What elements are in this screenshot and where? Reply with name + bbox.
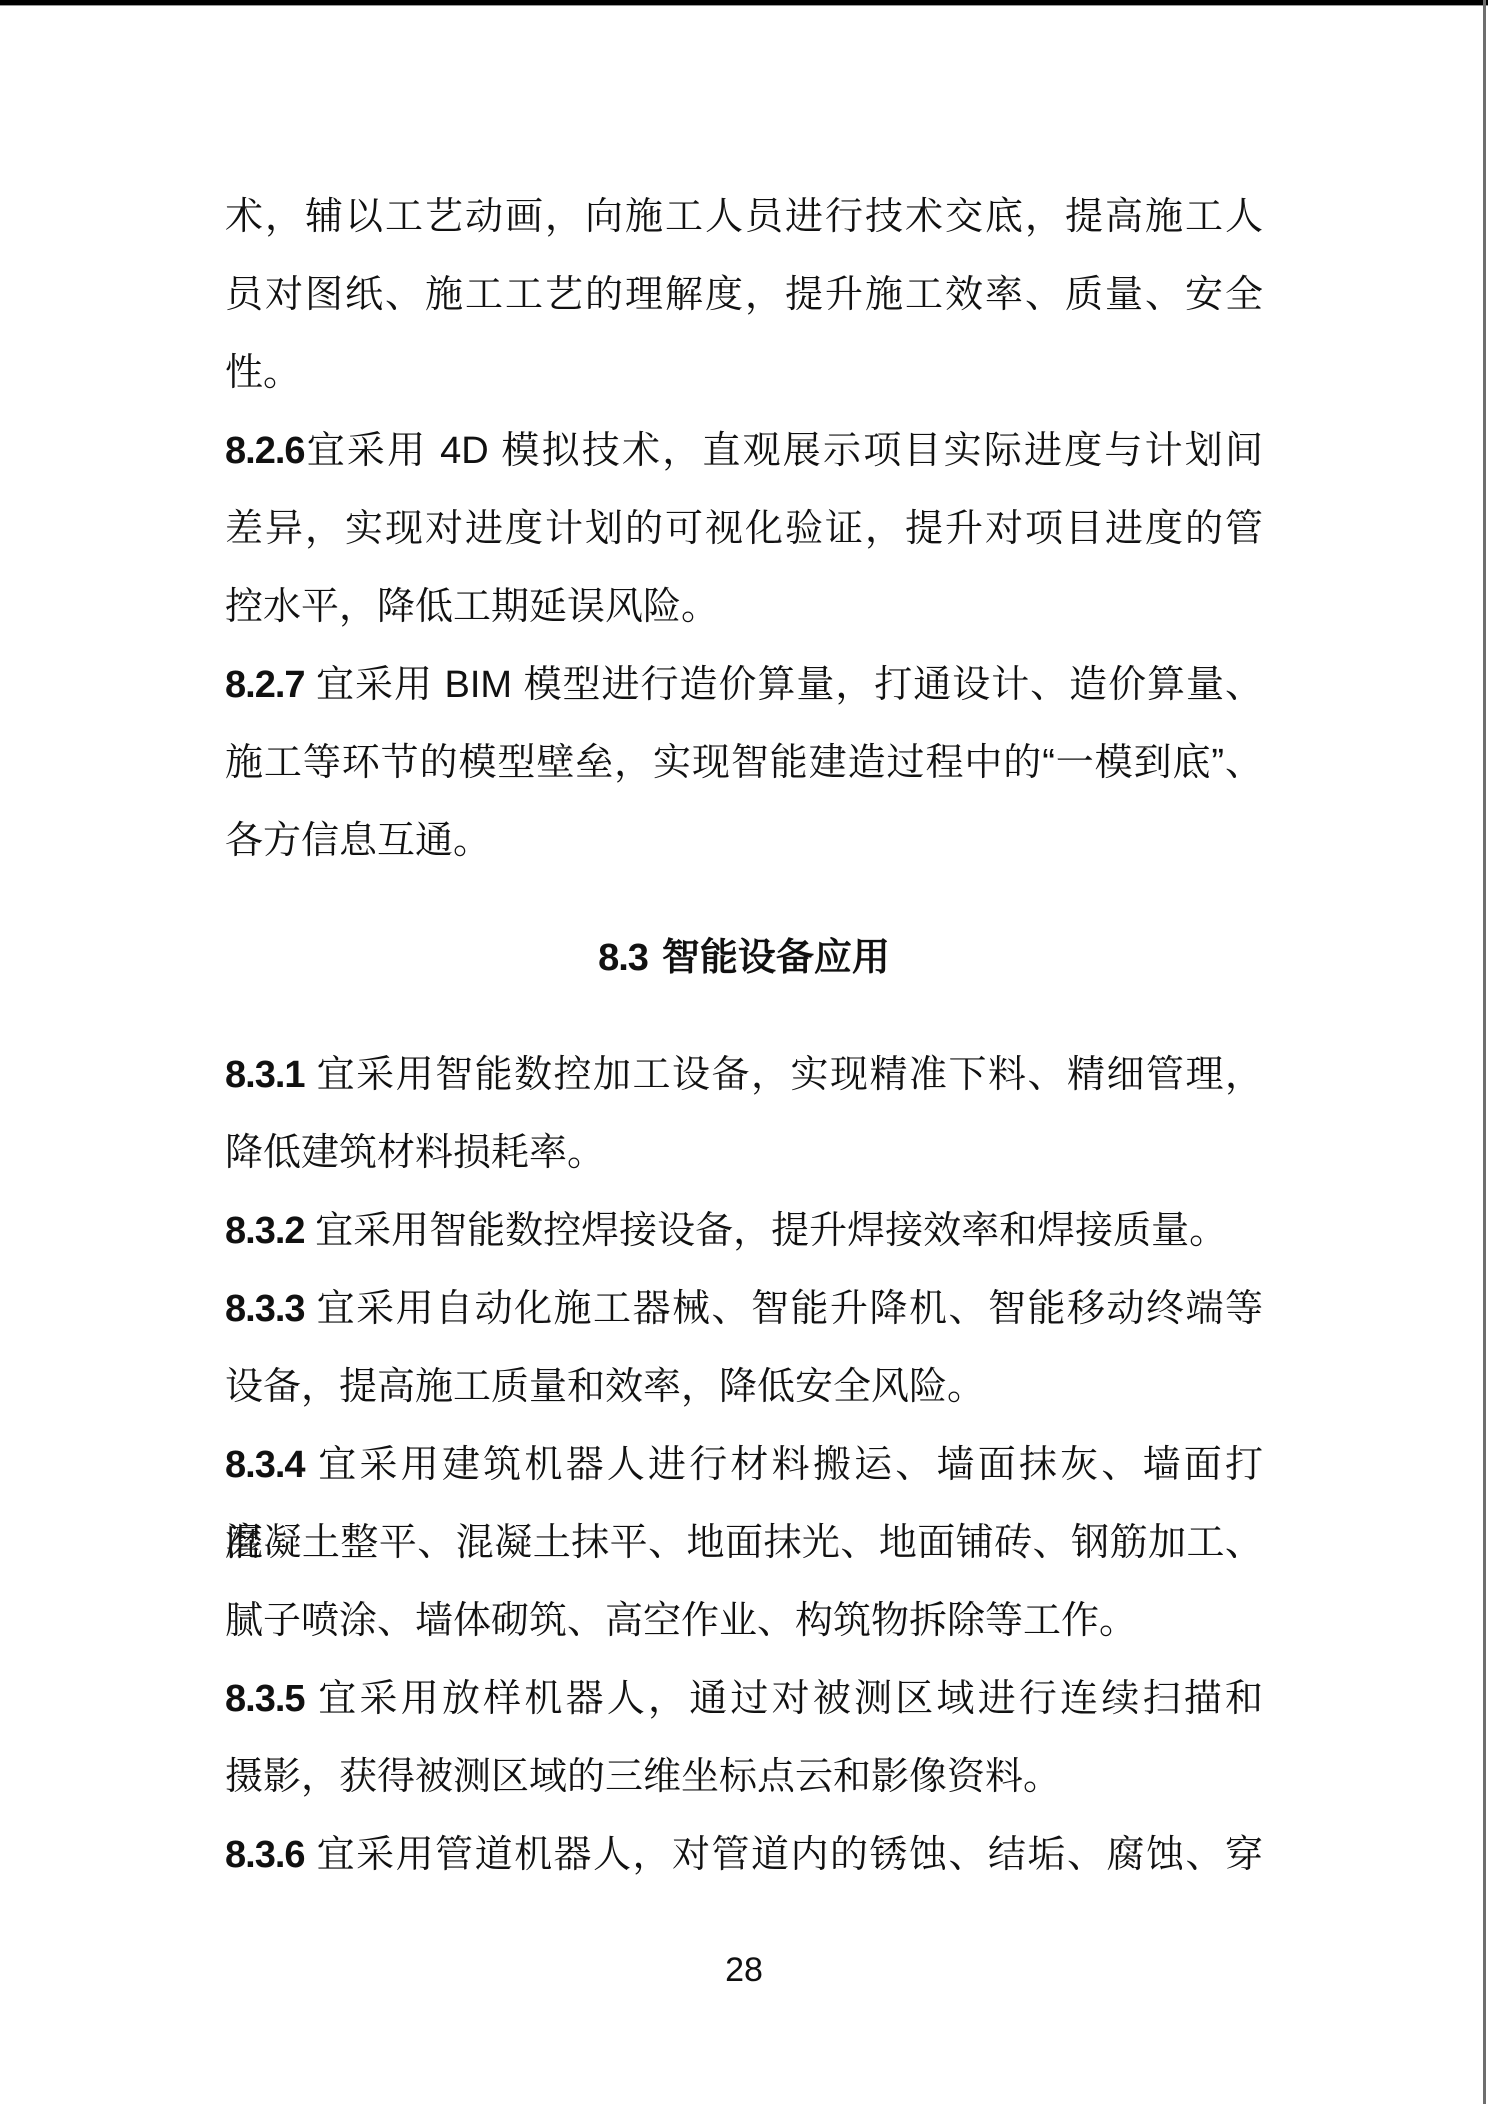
line-text: 宜采用 4D 模拟技术，直观展示项目实际进度与计划间	[305, 430, 1263, 472]
page-number: 28	[0, 1950, 1488, 1990]
line-text: 宜采用放样机器人，通过对被测区域进行连续扫描和	[305, 1678, 1263, 1720]
line-text: 差异，实现对进度计划的可视化验证，提升对项目进度的管	[225, 508, 1263, 550]
page-right-border	[1483, 0, 1486, 2104]
line-text: 员对图纸、施工工艺的理解度，提升施工效率、质量、安全	[225, 274, 1263, 316]
line-text: 设备，提高施工质量和效率，降低安全风险。	[225, 1366, 985, 1408]
text-line: 设备，提高施工质量和效率，降低安全风险。	[225, 1348, 1263, 1426]
text-line: 8.3.2 宜采用智能数控焊接设备，提升焊接效率和焊接质量。	[225, 1192, 1263, 1270]
section-heading-number: 8.3	[598, 937, 648, 979]
line-text: 控水平，降低工期延误风险。	[225, 586, 719, 628]
text-line: 腻子喷涂、墙体砌筑、高空作业、构筑物拆除等工作。	[225, 1582, 1263, 1660]
text-line: 8.3.6 宜采用管道机器人，对管道内的锈蚀、结垢、腐蚀、穿	[225, 1816, 1263, 1894]
text-line: 摄影，获得被测区域的三维坐标点云和影像资料。	[225, 1738, 1263, 1816]
line-text: 施工等环节的模型壁垒，实现智能建造过程中的“一模到底”、	[225, 742, 1263, 784]
line-text: 宜采用 BIM 模型进行造价算量，打通设计、造价算量、	[305, 664, 1263, 706]
section-number: 8.3.6	[225, 1834, 305, 1876]
line-text: 宜采用自动化施工器械、智能升降机、智能移动终端等	[305, 1288, 1263, 1330]
section-number: 8.2.6	[225, 430, 305, 472]
text-line: 控水平，降低工期延误风险。	[225, 568, 1263, 646]
page-top-border	[0, 0, 1488, 6]
text-line: 8.3.1 宜采用智能数控加工设备，实现精准下料、精细管理，	[225, 1036, 1263, 1114]
line-text: 混凝土整平、混凝土抹平、地面抹光、地面铺砖、钢筋加工、	[225, 1522, 1263, 1564]
text-line: 8.2.6宜采用 4D 模拟技术，直观展示项目实际进度与计划间	[225, 412, 1263, 490]
section-number: 8.3.2	[225, 1210, 305, 1252]
text-line: 施工等环节的模型壁垒，实现智能建造过程中的“一模到底”、	[225, 724, 1263, 802]
text-line: 员对图纸、施工工艺的理解度，提升施工效率、质量、安全	[225, 256, 1263, 334]
text-line: 差异，实现对进度计划的可视化验证，提升对项目进度的管	[225, 490, 1263, 568]
text-line: 性。	[225, 334, 1263, 412]
text-line: 8.3.4 宜采用建筑机器人进行材料搬运、墙面抹灰、墙面打磨、	[225, 1426, 1263, 1504]
line-text: 腻子喷涂、墙体砌筑、高空作业、构筑物拆除等工作。	[225, 1600, 1137, 1642]
line-text: 降低建筑材料损耗率。	[225, 1132, 605, 1174]
document-page: { "doc": { "heading": { "num": "8.3", "t…	[0, 0, 1488, 2104]
text-line: 8.3.3 宜采用自动化施工器械、智能升降机、智能移动终端等	[225, 1270, 1263, 1348]
text-line: 8.2.7 宜采用 BIM 模型进行造价算量，打通设计、造价算量、	[225, 646, 1263, 724]
section-number: 8.3.5	[225, 1678, 305, 1720]
section-heading: 8.3智能设备应用	[225, 919, 1263, 997]
line-text: 性。	[225, 352, 301, 394]
line-text: 宜采用智能数控加工设备，实现精准下料、精细管理，	[305, 1054, 1263, 1096]
section-number: 8.3.3	[225, 1288, 305, 1330]
line-text: 摄影，获得被测区域的三维坐标点云和影像资料。	[225, 1756, 1061, 1798]
text-line: 各方信息互通。	[225, 802, 1263, 880]
document-body: 术，辅以工艺动画，向施工人员进行技术交底，提高施工人 员对图纸、施工工艺的理解度…	[225, 178, 1263, 1894]
line-text: 术，辅以工艺动画，向施工人员进行技术交底，提高施工人	[225, 196, 1263, 238]
section-number: 8.3.4	[225, 1444, 305, 1486]
section-number: 8.3.1	[225, 1054, 305, 1096]
line-text: 宜采用智能数控焊接设备，提升焊接效率和焊接质量。	[305, 1210, 1228, 1252]
section-heading-title: 智能设备应用	[662, 937, 890, 979]
line-text: 宜采用管道机器人，对管道内的锈蚀、结垢、腐蚀、穿	[305, 1834, 1263, 1876]
text-line: 混凝土整平、混凝土抹平、地面抹光、地面铺砖、钢筋加工、	[225, 1504, 1263, 1582]
line-text: 各方信息互通。	[225, 820, 491, 862]
text-line: 术，辅以工艺动画，向施工人员进行技术交底，提高施工人	[225, 178, 1263, 256]
text-line: 8.3.5 宜采用放样机器人，通过对被测区域进行连续扫描和	[225, 1660, 1263, 1738]
section-number: 8.2.7	[225, 664, 305, 706]
text-line: 降低建筑材料损耗率。	[225, 1114, 1263, 1192]
